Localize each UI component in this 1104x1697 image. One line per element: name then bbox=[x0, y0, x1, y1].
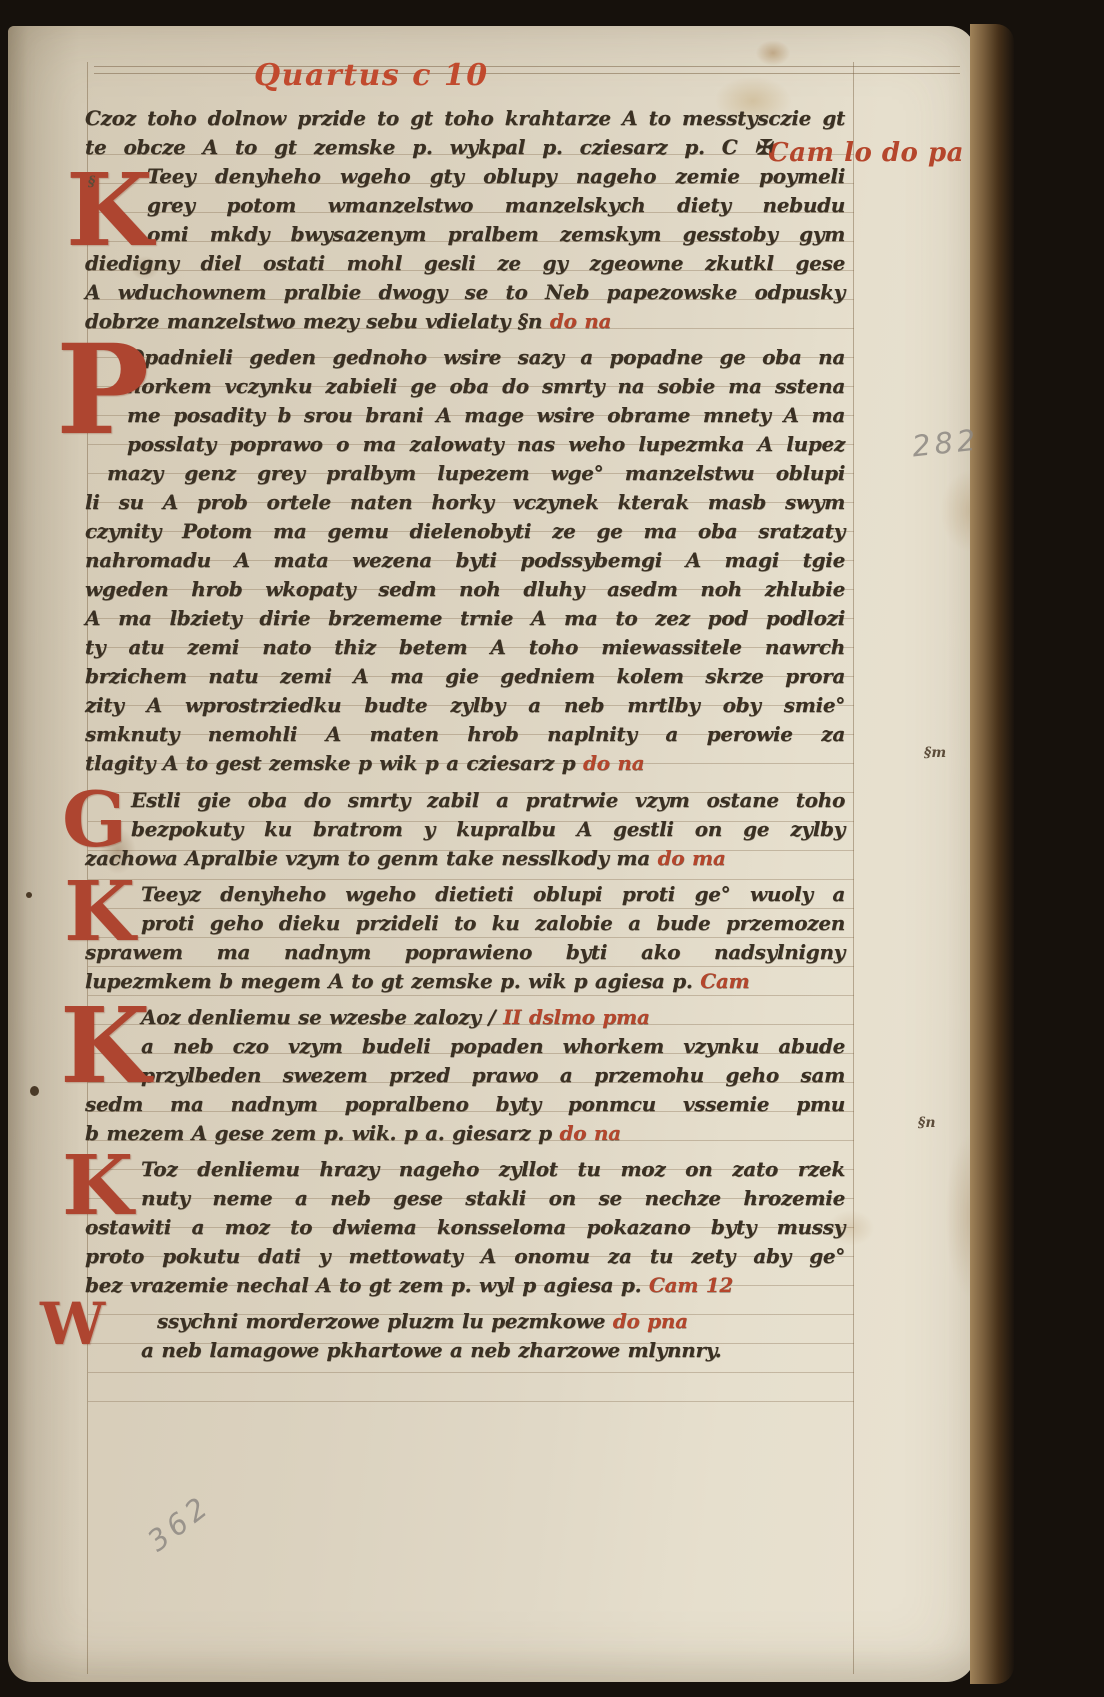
line-text: Toz denliemu hrazy nageho zyllot tu moz … bbox=[141, 1157, 845, 1181]
manuscript-text-line: diedigny diel ostati mohl gesli ze gy zg… bbox=[85, 251, 845, 278]
line-text: proto pokutu dati y mettowaty A onomu za… bbox=[85, 1244, 845, 1268]
wormhole bbox=[26, 892, 32, 898]
line-text: A wduchownem pralbie dwogy se to Neb pap… bbox=[85, 280, 845, 304]
illuminated-initial: P bbox=[56, 338, 149, 443]
line-text: ty atu zemi nato thiz betem A toho miewa… bbox=[85, 635, 845, 659]
line-text: b mezem A gese zem p. wik. p a. giesarz … bbox=[85, 1121, 552, 1145]
line-text: omi mkdy bwysazenym pralbem zemskym gess… bbox=[147, 222, 845, 246]
line-text: a neb lamagowe pkhartowe a neb zharzowe … bbox=[141, 1338, 721, 1362]
line-text: przylbeden swezem przed prawo a przemohu… bbox=[141, 1063, 845, 1087]
right-margin-rule bbox=[853, 62, 854, 1674]
line-text: nuty neme a neb gese stakli on se nechze… bbox=[141, 1186, 845, 1210]
manuscript-text-line: b mezem A gese zem p. wik. p a. giesarz … bbox=[85, 1121, 845, 1148]
line-text: me posadity b srou brani A mage wsire ob… bbox=[127, 403, 845, 427]
manuscript-photo: Quartus c 10 Cam lo do pa Czoz toho doln… bbox=[0, 0, 1104, 1697]
paragraph-mark: §n bbox=[918, 1115, 936, 1131]
manuscript-text-line: mazy genz grey pralbym lupezem wge° manz… bbox=[107, 461, 845, 488]
rubric-annotation: Cam 12 bbox=[641, 1273, 733, 1297]
manuscript-text-line: horkem vczynku zabieli ge oba do smrty n… bbox=[127, 374, 845, 401]
manuscript-text-line: Aoz denliemu se wzesbe zalozy / II dslmo… bbox=[141, 1005, 845, 1032]
line-text: ostawiti a moz to dwiema konsseloma poka… bbox=[85, 1215, 845, 1239]
manuscript-text-line: ty atu zemi nato thiz betem A toho miewa… bbox=[85, 635, 845, 662]
book-fore-edge bbox=[970, 24, 1014, 1684]
manuscript-text-line: Teeyz denyheho wgeho dietieti oblupi pro… bbox=[141, 882, 845, 909]
line-text: czynity Potom ma gemu dielenobyti ze ge … bbox=[85, 519, 845, 543]
line-text: bezpokuty ku bratrom y kupralbu A gestli… bbox=[131, 817, 845, 841]
illuminated-initial: K bbox=[62, 1152, 133, 1222]
manuscript-text-line: proto pokutu dati y mettowaty A onomu za… bbox=[85, 1244, 845, 1271]
top-rule-line bbox=[94, 73, 960, 74]
illuminated-initial: K bbox=[66, 168, 153, 253]
line-text: sedm ma nadnym popralbeno byty ponmcu vs… bbox=[85, 1092, 845, 1116]
rubric-annotation: do pna bbox=[605, 1309, 688, 1333]
manuscript-text-line: czynity Potom ma gemu dielenobyti ze ge … bbox=[85, 519, 845, 546]
rubric-annotation: II dslmo pma bbox=[495, 1005, 649, 1029]
line-text: zity A wprostrziedku budte zylby a neb m… bbox=[85, 693, 845, 717]
manuscript-text-line: wgeden hrob wkopaty sedm noh dluhy asedm… bbox=[85, 577, 845, 604]
manuscript-text-line: zity A wprostrziedku budte zylby a neb m… bbox=[85, 693, 845, 720]
line-text: tlagity A to gest zemske p wik p a czies… bbox=[85, 751, 575, 775]
line-text: A ma lbziety dirie brzememe trnie A ma t… bbox=[85, 606, 845, 630]
line-text: smknuty nemohli A maten hrob naplnity a … bbox=[85, 722, 845, 746]
line-text: grey potom wmanzelstwo manzelskych diety… bbox=[147, 193, 845, 217]
line-text: bez vrazemie nechal A to gt zem p. wyl p… bbox=[85, 1273, 641, 1297]
manuscript-text-line: brzichem natu zemi A ma gie gedniem kole… bbox=[85, 664, 845, 691]
line-text: Estli gie oba do smrty zabil a pratrwie … bbox=[131, 788, 845, 812]
line-text: Teey denyheho wgeho gty oblupy nageho ze… bbox=[147, 164, 845, 188]
parchment-stain bbox=[750, 36, 796, 70]
manuscript-text-line: nuty neme a neb gese stakli on se nechze… bbox=[141, 1186, 845, 1213]
manuscript-text-line: nahromadu A mata wezena byti podssybemgi… bbox=[85, 548, 845, 575]
line-text: a neb czo vzym budeli popaden whorkem vz… bbox=[141, 1034, 845, 1058]
line-text: lupezmkem b megem A to gt zemske p. wik … bbox=[85, 969, 693, 993]
line-text: brzichem natu zemi A ma gie gedniem kole… bbox=[85, 664, 845, 688]
manuscript-text-line: A ma lbziety dirie brzememe trnie A ma t… bbox=[85, 606, 845, 633]
wormhole bbox=[30, 1086, 39, 1096]
rubric-annotation: do na bbox=[552, 1121, 621, 1145]
top-rule-line bbox=[94, 66, 960, 67]
manuscript-text-line: a neb lamagowe pkhartowe a neb zharzowe … bbox=[141, 1338, 845, 1365]
manuscript-text-line: bez vrazemie nechal A to gt zem p. wyl p… bbox=[85, 1273, 845, 1300]
line-text: Teeyz denyheho wgeho dietieti oblupi pro… bbox=[141, 882, 845, 906]
manuscript-text-line: sprawem ma nadnym poprawieno byti ako na… bbox=[85, 940, 845, 967]
manuscript-text-line: posslaty poprawo o ma zalowaty nas weho … bbox=[127, 432, 845, 459]
line-text: dobrze manzelstwo mezy sebu vdielaty §n bbox=[85, 309, 542, 333]
manuscript-text-line: dobrze manzelstwo mezy sebu vdielaty §n … bbox=[85, 309, 845, 336]
paragraph-mark: §m bbox=[924, 745, 946, 761]
line-text: nahromadu A mata wezena byti podssybemgi… bbox=[85, 548, 845, 572]
rubric-annotation: do na bbox=[575, 751, 644, 775]
illuminated-initial: W bbox=[40, 1300, 105, 1349]
manuscript-text-line: lupezmkem b megem A to gt zemske p. wik … bbox=[85, 969, 845, 996]
manuscript-text-line: tlagity A to gest zemske p wik p a czies… bbox=[85, 751, 845, 778]
manuscript-text-line: Czoz toho dolnow przide to gt toho kraht… bbox=[85, 106, 845, 133]
line-text: posslaty poprawo o ma zalowaty nas weho … bbox=[127, 432, 845, 456]
pencil-folio-number: 282 bbox=[910, 423, 981, 464]
line-text: te obcze A to gt zemske p. wykpal p. czi… bbox=[85, 135, 771, 159]
illuminated-initial: K bbox=[60, 1002, 150, 1090]
rubric-annotation: do na bbox=[542, 309, 611, 333]
manuscript-text-line: przylbeden swezem przed prawo a przemohu… bbox=[141, 1063, 845, 1090]
manuscript-text-line: Toz denliemu hrazy nageho zyllot tu moz … bbox=[141, 1157, 845, 1184]
rubric-annotation: Cam bbox=[693, 969, 750, 993]
line-text: wgeden hrob wkopaty sedm noh dluhy asedm… bbox=[85, 577, 845, 601]
line-text: diedigny diel ostati mohl gesli ze gy zg… bbox=[85, 251, 845, 275]
line-text: mazy genz grey pralbym lupezem wge° manz… bbox=[107, 461, 845, 485]
manuscript-text-line: smknuty nemohli A maten hrob naplnity a … bbox=[85, 722, 845, 749]
manuscript-text-line: Teey denyheho wgeho gty oblupy nageho ze… bbox=[147, 164, 845, 191]
manuscript-text-line: grey potom wmanzelstwo manzelskych diety… bbox=[147, 193, 845, 220]
manuscript-text-line: zachowa Apralbie vzym to genm take nessl… bbox=[85, 846, 845, 873]
manuscript-text-line: li su A prob ortele naten horky vczynek … bbox=[85, 490, 845, 517]
illuminated-initial: K bbox=[64, 878, 135, 948]
line-text: horkem vczynku zabieli ge oba do smrty n… bbox=[127, 374, 845, 398]
manuscript-text-line: omi mkdy bwysazenym pralbem zemskym gess… bbox=[147, 222, 845, 249]
manuscript-text-line: ostawiti a moz to dwiema konsseloma poka… bbox=[85, 1215, 845, 1242]
line-text: sprawem ma nadnym poprawieno byti ako na… bbox=[85, 940, 845, 964]
line-text: proti geho dieku przideli to ku zalobie … bbox=[141, 911, 845, 935]
manuscript-text-line: Opadnieli geden gednoho wsire sazy a pop… bbox=[127, 345, 845, 372]
manuscript-text-line: sedm ma nadnym popralbeno byty ponmcu vs… bbox=[85, 1092, 845, 1119]
manuscript-text-line: proti geho dieku przideli to ku zalobie … bbox=[141, 911, 845, 938]
manuscript-text-line: A wduchownem pralbie dwogy se to Neb pap… bbox=[85, 280, 845, 307]
manuscript-text-line: Estli gie oba do smrty zabil a pratrwie … bbox=[131, 788, 845, 815]
line-text: li su A prob ortele naten horky vczynek … bbox=[85, 490, 845, 514]
manuscript-text-line: me posadity b srou brani A mage wsire ob… bbox=[127, 403, 845, 430]
line-text: zachowa Apralbie vzym to genm take nessl… bbox=[85, 846, 650, 870]
manuscript-text-line: a neb czo vzym budeli popaden whorkem vz… bbox=[141, 1034, 845, 1061]
chapter-heading: Quartus c 10 bbox=[254, 58, 489, 93]
line-text: ssychni morderzowe pluzm lu pezmkowe bbox=[157, 1309, 605, 1333]
manuscript-text-line: ssychni morderzowe pluzm lu pezmkowe do … bbox=[157, 1309, 845, 1336]
manuscript-text-line: bezpokuty ku bratrom y kupralbu A gestli… bbox=[131, 817, 845, 844]
illuminated-initial: G bbox=[62, 788, 127, 853]
line-text: Aoz denliemu se wzesbe zalozy / bbox=[141, 1005, 495, 1029]
manuscript-text-line: te obcze A to gt zemske p. wykpal p. czi… bbox=[85, 135, 771, 162]
line-text: Opadnieli geden gednoho wsire sazy a pop… bbox=[127, 345, 845, 369]
paragraph-mark: § bbox=[88, 174, 95, 190]
line-text: Czoz toho dolnow przide to gt toho kraht… bbox=[85, 106, 845, 130]
rubric-annotation: do ma bbox=[650, 846, 726, 870]
